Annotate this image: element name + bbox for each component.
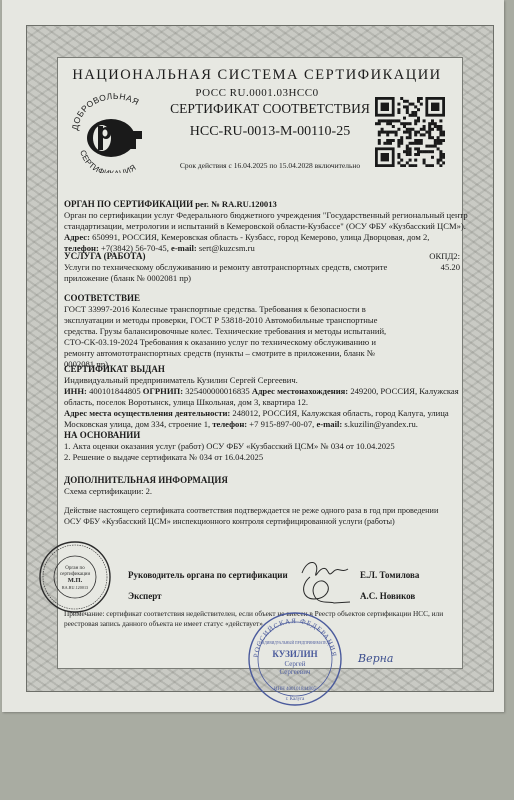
expert-name: А.С. Новиков [360,591,415,601]
holder-email-label: e-mail: [316,419,342,429]
svg-text:ИНДИВИДУАЛЬНЫЙ ПРЕДПРИНИМАТЕЛЬ: ИНДИВИДУАЛЬНЫЙ ПРЕДПРИНИМАТЕЛЬ [259,640,331,645]
conformity-line: ГОСТ 33997-2016 Колесные транспортные ср… [64,304,460,315]
svg-text:RA.RU.120013: RA.RU.120013 [62,585,88,590]
inspection-para-1: Действие настоящего сертификата соответс… [64,505,460,516]
ogrnip-value: 325400000016835 [183,386,252,396]
head-label: Руководитель органа по сертификации [128,570,288,580]
issued-heading: СЕРТИФИКАТ ВЫДАН [64,364,460,375]
ogrnip-label: ОГРНИП: [143,386,183,396]
certification-body-section: ОРГАН ПО СЕРТИФИКАЦИИ рег. № RA.RU.12001… [64,199,460,254]
organ-reg: рег. № RA.RU.120013 [195,199,277,209]
svg-text:г. Калуга: г. Калуга [286,697,306,702]
okpd-code: ОКПД2: 45.20 [400,251,460,273]
qr-code-icon [375,97,445,167]
basis-section: НА ОСНОВАНИИ 1. Акта оценки оказания усл… [64,430,460,463]
activity-address-value: 248012, РОССИЯ, Калужская область, город… [230,408,448,418]
scheme: Схема сертификации: 2. [64,486,460,497]
organ-line-2: стандартизации, метрологии и испытаний в… [64,221,460,232]
organ-heading: ОРГАН ПО СЕРТИФИКАЦИИ [64,199,193,209]
inn-label: ИНН: [64,386,87,396]
signature-icon [290,555,360,610]
svg-text:Сергей: Сергей [285,660,306,668]
activity-address-line-2: Московская улица, дом 334, строение 1, [64,419,212,429]
additional-info-heading: ДОПОЛНИТЕЛЬНАЯ ИНФОРМАЦИЯ [64,475,460,486]
okpd-value: 45.20 [400,262,460,273]
document-type: СЕРТИФИКАТ СООТВЕТСТВИЯ [170,101,370,117]
service-line-2: приложение (бланк № 0002081 пр) [64,273,460,284]
svg-text:КУЗИЛИН: КУЗИЛИН [272,649,317,659]
voluntary-certification-logo-icon: ДОБРОВОЛЬНАЯ СЕРТИФИКАЦИЯ [66,93,161,173]
okpd-label: ОКПД2: [400,251,460,262]
conformity-heading: СООТВЕТСТВИЕ [64,293,460,304]
holder-email: s.kuzilin@yandex.ru. [342,419,418,429]
organ-line-1: Орган по сертификации услуг Федерального… [64,210,460,221]
entrepreneur-stamp-icon: РОССИЙСКАЯ ФЕДЕРАЦИЯ ИНДИВИДУАЛЬНЫЙ ПРЕД… [246,610,344,708]
location-label: Адрес местонахождения: [252,386,348,396]
holder-name: Индивидуальный предприниматель Кузилин С… [64,375,460,386]
conformity-line: средства. Грузы балансировочные колес. Т… [64,326,460,337]
svg-text:Сергеевич: Сергеевич [280,668,311,676]
organ-address-label: Адрес: [64,232,90,242]
conformity-section: СООТВЕТСТВИЕ ГОСТ 33997-2016 Колесные тр… [64,293,460,370]
conformity-line: эксплуатации и методы проверки, ГОСТ Р 5… [64,315,460,326]
svg-text:М.П.: М.П. [68,577,83,584]
certificate-number: НСС-RU-0013-М-00110-25 [170,124,370,140]
conformity-line: СТО-СК-03.19-2024 Требования к оказанию … [64,337,460,348]
basis-heading: НА ОСНОВАНИИ [64,430,460,441]
activity-address-label: Адрес места осуществления деятельности: [64,408,230,418]
location-line-2: область, поселок Воротынск, улица Школьн… [64,397,460,408]
svg-text:Орган по: Орган по [65,566,85,571]
expert-label: Эксперт [128,591,162,601]
system-title: НАЦИОНАЛЬНАЯ СИСТЕМА СЕРТИФИКАЦИИ [0,67,514,84]
additional-info-section: ДОПОЛНИТЕЛЬНАЯ ИНФОРМАЦИЯ Схема сертифик… [64,475,460,527]
holder-phone: +7 915-897-00-07, [247,419,316,429]
svg-text:ИНН 400101844805: ИНН 400101844805 [274,687,317,692]
basis-item: 2. Решение о выдаче сертификата № 034 от… [64,452,460,463]
issued-to-section: СЕРТИФИКАТ ВЫДАН Индивидуальный предприн… [64,364,460,430]
head-name: Е.Л. Томилова [360,570,419,580]
certification-body-stamp-icon: Орган по сертификации М.П. RA.RU.120013 [38,540,112,614]
inspection-para-2: ОСУ ФБУ «Кузбасский ЦСМ» инспекционного … [64,516,460,527]
holder-phone-label: телефон: [212,419,247,429]
location-value: 249200, РОССИЯ, Калужская [348,386,459,396]
handwritten-verna: Верна [358,652,393,665]
organ-address: 650991, РОССИЯ, Кемеровская область - Ку… [90,232,429,242]
conformity-line: ремонту автомототранспортных средств (пу… [64,348,460,359]
validity-period: Срок действия с 16.04.2025 по 15.04.2028… [160,161,380,170]
inn-value: 400101844805 [87,386,143,396]
basis-item: 1. Акта оценки оказания услуг (работ) ОС… [64,441,460,452]
